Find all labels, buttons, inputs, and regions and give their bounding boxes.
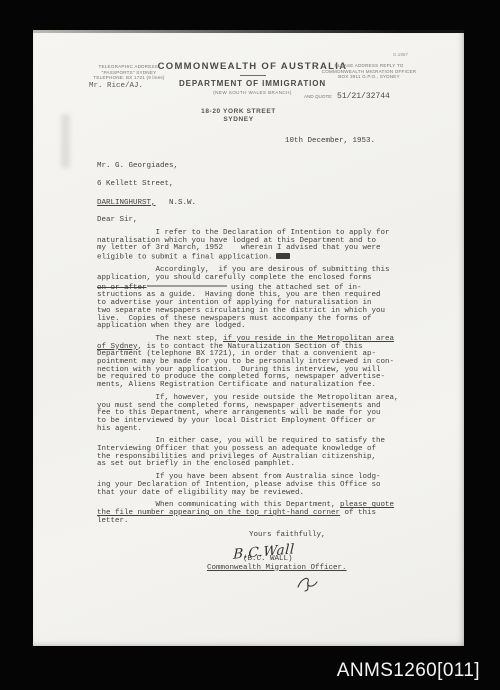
form-number: G.1957 — [393, 52, 408, 57]
file-number: 51/21/32744 — [337, 92, 390, 101]
quote-label: AND QUOTE: — [304, 94, 333, 99]
ink-smudge — [276, 253, 290, 259]
file-quote-line: AND QUOTE: 51/21/32744 — [300, 85, 438, 103]
paragraph-5: In either case, you will be required to … — [97, 438, 413, 469]
recipient-street: 6 Kellett Street, — [97, 180, 174, 188]
handwritten-flourish — [97, 574, 413, 596]
paragraph-4: If, however, you reside outside the Metr… — [97, 395, 413, 434]
flourish-icon — [295, 574, 321, 592]
paragraph-1-text: I refer to the Declaration of Intention … — [97, 229, 390, 262]
signatory-title: Commonwealth Migration Officer. — [97, 565, 413, 573]
recipient-suburb: DARLINGHURST, — [97, 199, 156, 207]
street-line: 18-20 YORK STREET — [33, 108, 444, 116]
paragraph-7: When communicating with this Department,… — [97, 502, 413, 525]
title-rule — [240, 75, 266, 76]
catalog-caption: ANMS1260[011] — [337, 660, 480, 682]
letterhead-right-block: PLEASE ADDRESS REPLY TO COMMONWEALTH MIG… — [300, 63, 438, 103]
valediction: Yours faithfully, — [97, 532, 413, 540]
recipient-address: Mr. G. Georgiades, 6 Kellett Street, DAR… — [97, 162, 196, 208]
signature-text: B.C.Wall — [233, 546, 295, 559]
scanned-letter-page: { "caption": "ANMS1260[011]", "letterhea… — [0, 0, 500, 690]
paragraph-1: I refer to the Declaration of Intention … — [97, 230, 413, 262]
officer-reference: Mr. Rice/AJ. — [89, 82, 143, 90]
paragraph-3-text-cont: , is to contact the Naturalization Secti… — [97, 343, 394, 390]
recipient-name: Mr. G. Georgiades, — [97, 162, 178, 170]
letter-body: I refer to the Declaration of Intention … — [97, 230, 413, 596]
letter-date: 10th December, 1953. — [285, 137, 375, 145]
office-street-address: 18-20 YORK STREET SYDNEY — [33, 108, 444, 124]
paragraph-2-text: Accordingly, if you are desirous of subm… — [97, 266, 390, 282]
struck-blank-line — [147, 283, 227, 289]
paragraph-2-text-cont: using the attached set of in- structions… — [97, 284, 385, 331]
paragraph-3: The next step, if you reside in the Metr… — [97, 336, 413, 390]
recipient-state: N.S.W. — [156, 199, 197, 207]
paragraph-2: Accordingly, if you are desirous of subm… — [97, 267, 413, 331]
paragraph-6: If you have been absent from Australia s… — [97, 474, 413, 497]
document-photo: G.1957 TELEGRAPHIC ADDRESS: "PASSPORTS" … — [33, 30, 464, 646]
city-line: SYDNEY — [33, 116, 444, 124]
reply-instruction-line3: BOX 3911 G.P.O., SYDNEY — [300, 74, 438, 80]
salutation: Dear Sir, — [97, 216, 138, 224]
